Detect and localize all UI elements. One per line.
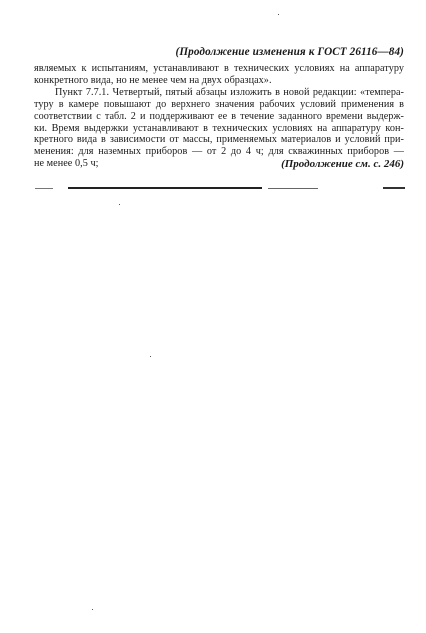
text-line: соответствии с табл. 2 и поддерживают ее…	[34, 111, 404, 123]
text-line: ки. Время выдержки устанавливают в техни…	[34, 123, 404, 135]
divider-rule	[268, 188, 318, 189]
text-line: туру в камере повышают до верхнего значе…	[34, 99, 404, 111]
text-line: конкретного вида, но не менее чем на дву…	[34, 75, 404, 87]
text-line: являемых к испытаниям, устанавливают в т…	[34, 63, 404, 75]
text-line: менения: для наземных приборов — от 2 до…	[34, 146, 404, 158]
document-body: являемых к испытаниям, устанавливают в т…	[34, 63, 404, 170]
text-line: Пункт 7.7.1. Четвертый, пятый абзацы изл…	[34, 87, 404, 99]
scan-speck	[119, 204, 120, 205]
divider-rule	[68, 187, 262, 189]
scan-speck	[92, 609, 93, 610]
scan-speck	[150, 356, 151, 357]
divider-rule	[383, 187, 405, 189]
scan-speck	[278, 14, 279, 15]
continuation-footer: (Продолжение см. с. 246)	[281, 158, 404, 170]
continuation-header: (Продолжение изменения к ГОСТ 26116—84)	[0, 46, 404, 58]
text-line: кретного вида в зависимости от массы, пр…	[34, 134, 404, 146]
divider-rule	[35, 188, 53, 189]
